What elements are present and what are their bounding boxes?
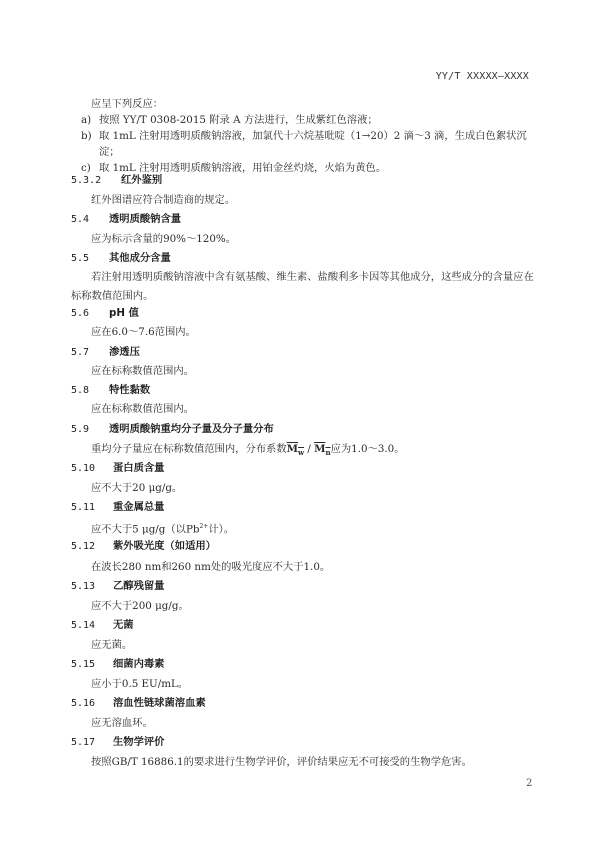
section-number: 5.7 [71, 346, 109, 360]
section-body: 应在标称数值范围内。 [91, 402, 194, 416]
section-title: pH 值 [109, 307, 139, 319]
section-body: 应不大于200 μg/g。 [91, 599, 189, 613]
section-heading-5-13: 5.13乙醇残留量 [71, 579, 164, 594]
section-number: 5.15 [71, 658, 113, 672]
section-body: 应无溶血环。 [91, 716, 153, 730]
section-title: 特性黏数 [109, 384, 150, 396]
section-number: 5.9 [71, 423, 109, 437]
section-number: 5.6 [71, 307, 109, 321]
section-heading-5-6: 5.6pH 值 [71, 306, 139, 321]
body-text-post: 应为1.0～3.0。 [331, 443, 405, 455]
section-heading-5-8: 5.8特性黏数 [71, 383, 150, 398]
body-text-pre: 重均分子量应在标称数值范围内，分布系数 [91, 443, 287, 455]
section-title: 乙醇残留量 [113, 580, 164, 592]
section-body: 应小于0.5 EU/mL。 [91, 677, 188, 691]
section-heading-5-9: 5.9透明质酸钠重均分子量及分子量分布 [71, 422, 274, 437]
section-body: 若注射用透明质酸钠溶液中含有氨基酸、维生素、盐酸利多卡因等其他成分，这些成分的含… [91, 270, 534, 284]
section-heading-5-14: 5.14无菌 [71, 618, 134, 633]
section-title: 生物学评价 [113, 736, 164, 748]
section-body: 应无菌。 [91, 638, 132, 652]
ratio-separator: / [304, 443, 314, 455]
section-body: 应不大于5 μg/g（以Pb2+计）。 [91, 520, 234, 536]
page-number: 2 [526, 778, 532, 789]
section-heading-5-7: 5.7渗透压 [71, 345, 140, 360]
intro-lead: 应呈下列反应： [91, 97, 163, 111]
section-number: 5.16 [71, 697, 113, 711]
section-title: 溶血性链球菌溶血素 [113, 697, 206, 709]
section-title: 紫外吸光度（如适用） [113, 540, 216, 552]
section-heading-5-10: 5.10蛋白质含量 [71, 461, 164, 476]
section-heading-5-4: 5.4透明质酸钠含量 [71, 212, 181, 227]
section-body: 应在标称数值范围内。 [91, 364, 194, 378]
list-item-a: a)按照 YY/T 0308-2015 附录 A 方法进行，生成紫红色溶液； [81, 113, 378, 127]
list-marker: a) [81, 113, 99, 127]
section-heading-5-15: 5.15细菌内毒素 [71, 657, 164, 672]
section-body: 应为标示含量的90%～120%。 [91, 232, 236, 246]
list-item-b-continuation: 淀； [99, 145, 120, 159]
standard-code-header: YY/T XXXXX—XXXX [436, 71, 529, 82]
list-item-text: 按照 YY/T 0308-2015 附录 A 方法进行，生成紫红色溶液； [99, 114, 378, 126]
section-title: 蛋白质含量 [113, 462, 164, 474]
section-title: 透明质酸钠含量 [109, 213, 181, 225]
mn-symbol: Mn [314, 443, 331, 455]
section-title: 渗透压 [109, 346, 140, 358]
section-heading-5-16: 5.16溶血性链球菌溶血素 [71, 696, 206, 711]
section-body: 在波长280 nm和260 nm处的吸光度应不大于1.0。 [91, 560, 330, 574]
section-number: 5.17 [71, 736, 113, 750]
section-number: 5.4 [71, 213, 109, 227]
section-body: 按照GB/T 16886.1的要求进行生物学评价，评价结果应无不可接受的生物学危… [91, 755, 472, 769]
section-number: 5.14 [71, 619, 113, 633]
section-heading-5-5: 5.5其他成分含量 [71, 251, 171, 266]
section-body: 应在6.0～7.6范围内。 [91, 325, 196, 339]
section-title: 细菌内毒素 [113, 658, 164, 670]
list-item-b: b)取 1mL 注射用透明质酸钠溶液，加氯代十六烷基吡啶（1→20）2 滴～3 … [81, 129, 527, 143]
section-heading-5-11: 5.11重金属总量 [71, 500, 164, 515]
section-title: 透明质酸钠重均分子量及分子量分布 [109, 423, 274, 435]
body-text-post: 计）。 [208, 523, 234, 535]
section-number: 5.10 [71, 462, 113, 476]
section-body: 红外图谱应符合制造商的规定。 [91, 193, 235, 207]
mw-symbol: Mw [287, 443, 304, 455]
section-heading-5-12: 5.12紫外吸光度（如适用） [71, 539, 216, 554]
section-body-continuation: 标称数值范围内。 [71, 289, 153, 303]
list-marker: b) [81, 129, 99, 143]
section-title: 重金属总量 [113, 501, 164, 513]
section-heading-5-3-2: 5.3.2红外鉴别 [71, 173, 162, 188]
section-number: 5.5 [71, 252, 109, 266]
section-number: 5.13 [71, 580, 113, 594]
list-item-text: 取 1mL 注射用透明质酸钠溶液，加氯代十六烷基吡啶（1→20）2 滴～3 滴，… [99, 130, 527, 142]
section-heading-5-17: 5.17生物学评价 [71, 735, 164, 750]
section-body: 应不大于20 μg/g。 [91, 481, 182, 495]
section-body: 重均分子量应在标称数值范围内，分布系数Mw / Mn应为1.0～3.0。 [91, 442, 405, 460]
section-number: 5.12 [71, 540, 113, 554]
body-text-pre: 应不大于5 μg/g（以Pb [91, 523, 199, 535]
charge-superscript: 2+ [199, 523, 208, 530]
section-number: 5.8 [71, 384, 109, 398]
section-number: 5.3.2 [71, 174, 121, 188]
section-title: 红外鉴别 [121, 174, 162, 186]
section-title: 其他成分含量 [109, 252, 171, 264]
section-title: 无菌 [113, 619, 134, 631]
section-number: 5.11 [71, 501, 113, 515]
